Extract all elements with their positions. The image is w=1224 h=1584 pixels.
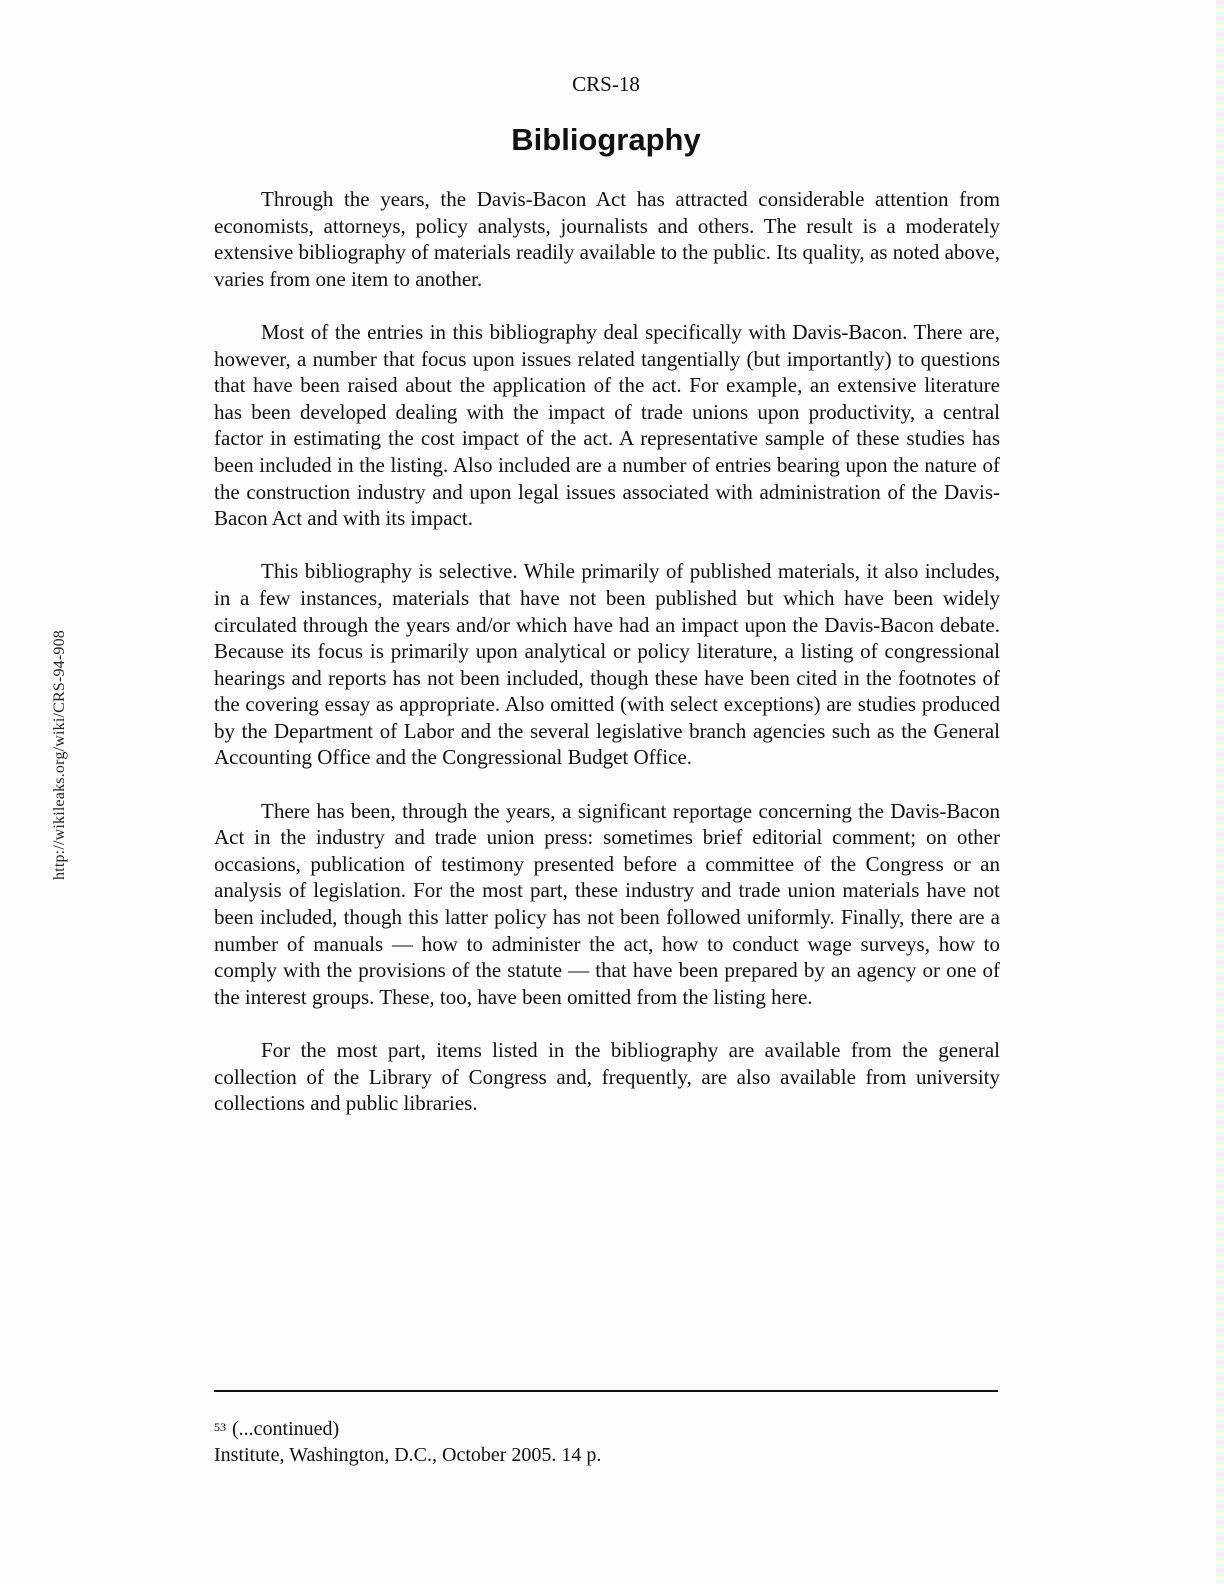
footnote-line-1: 53(...continued) [214,1416,1000,1442]
paragraph-5: For the most part, items listed in the b… [214,1037,1000,1117]
footnote-number: 53 [214,1420,226,1434]
footnote-continued: (...continued) [232,1418,339,1440]
footnote-line-2: Institute, Washington, D.C., October 200… [214,1442,1000,1468]
paragraph-2: Most of the entries in this bibliography… [214,319,1000,532]
footnote-divider [214,1390,998,1392]
page-title: Bibliography [0,122,1212,158]
side-url-watermark: http://wikileaks.org/wiki/CRS-94-908 [51,630,69,880]
page-number-header: CRS-18 [0,72,1212,97]
paragraph-3: This bibliography is selective. While pr… [214,558,1000,771]
body-text: Through the years, the Davis-Bacon Act h… [214,186,1000,1143]
scan-edge-artifact [1216,0,1224,1584]
paragraph-4: There has been, through the years, a sig… [214,798,1000,1011]
footnote: 53(...continued) Institute, Washington, … [214,1416,1000,1468]
paragraph-1: Through the years, the Davis-Bacon Act h… [214,186,1000,292]
